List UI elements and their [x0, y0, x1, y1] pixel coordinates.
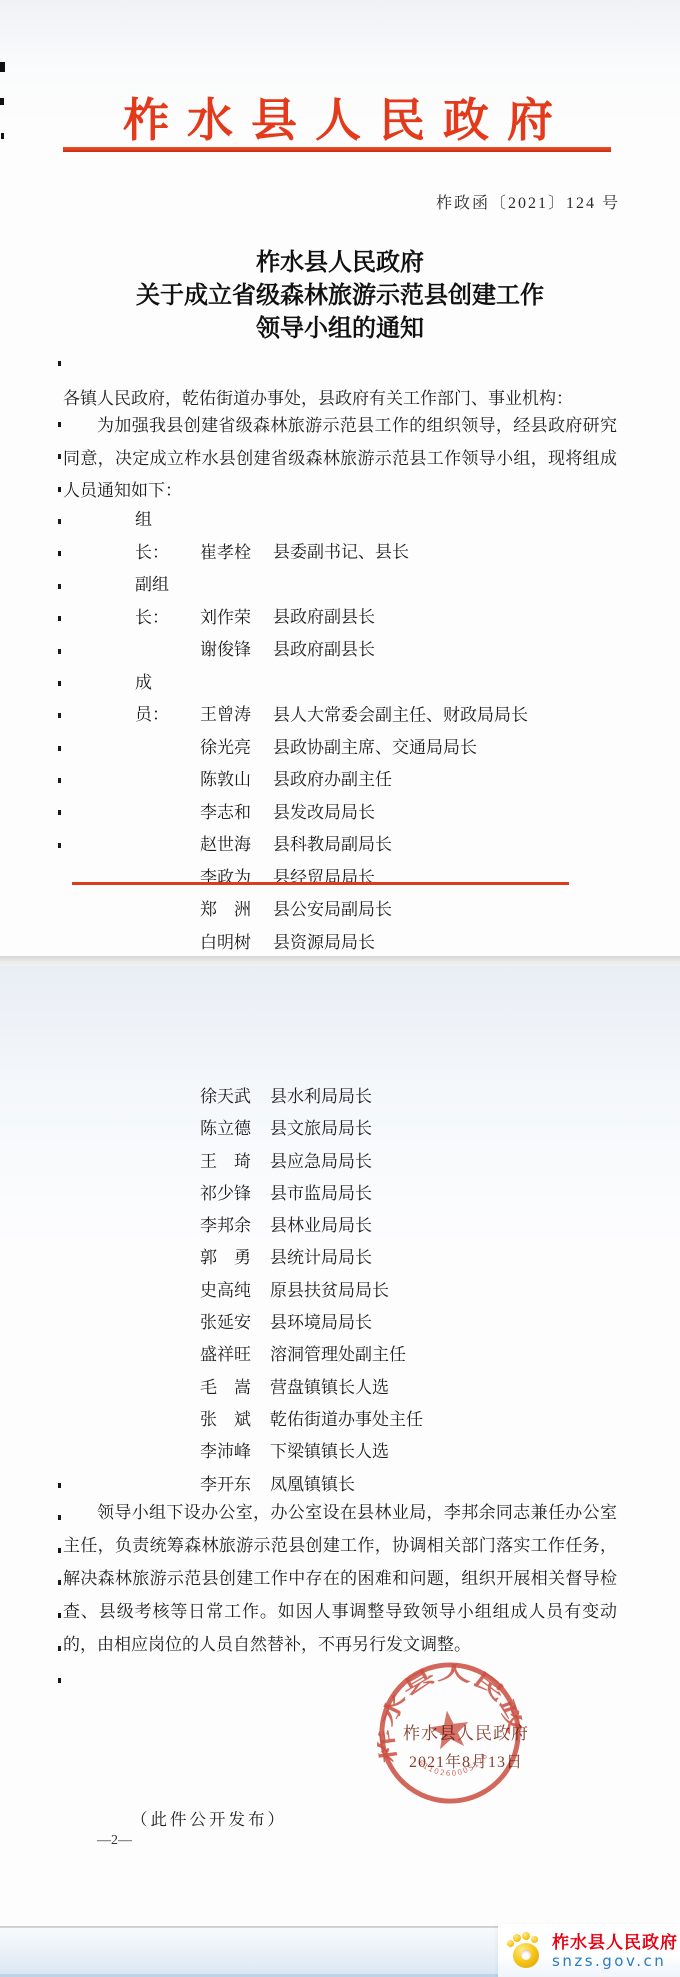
member-name: 盛祥旺 [200, 1339, 270, 1371]
member-name: 李邦余 [200, 1210, 270, 1242]
table-row: 徐天武县水利局局长 [200, 1081, 423, 1113]
table-row: 李志和县发改局局长 [135, 797, 528, 830]
member-name: 毛 嵩 [200, 1372, 270, 1404]
member-name: 王曾涛 [200, 699, 273, 732]
letterhead-red-rule [63, 147, 611, 152]
page-divider [0, 956, 680, 966]
member-name: 白明树 [200, 927, 273, 960]
member-position: 县政府办副主任 [273, 770, 392, 789]
table-row: 郭 勇县统计局局长 [200, 1242, 423, 1274]
member-name: 徐天武 [200, 1081, 270, 1113]
table-row: 副组长：刘作荣县政府副县长 [135, 569, 528, 634]
office-setup-paragraph: 领导小组下设办公室，办公室设在县林业局，李邦余同志兼任办公室主任，负责统筹森林旅… [63, 1496, 617, 1661]
table-row: 李邦余县林业局局长 [200, 1210, 423, 1242]
member-name: 陈敦山 [200, 764, 273, 797]
roster-label: 成 员： [135, 667, 200, 732]
member-name: 郑 洲 [200, 894, 273, 927]
site-logo-link[interactable]: 柞水县人民政府 snzs.gov.cn [498, 1924, 680, 1977]
document-title: 柞水县人民政府 关于成立省级森林旅游示范县创建工作 领导小组的通知 [40, 247, 640, 346]
member-position: 下梁镇镇长人选 [270, 1442, 389, 1461]
intro-paragraph: 为加强我县创建省级森林旅游示范县工作的组织领导，经县政府研究同意，决定成立柞水县… [63, 410, 617, 508]
member-name: 赵世海 [200, 829, 273, 862]
member-name: 郭 勇 [200, 1242, 270, 1274]
table-row: 白明树县资源局局长 [135, 927, 528, 960]
member-name: 祁少锋 [200, 1178, 270, 1210]
member-position: 县文旅局局长 [270, 1119, 372, 1138]
table-row: 毛 嵩营盘镇镇长人选 [200, 1372, 423, 1404]
member-position: 凤凰镇镇长 [270, 1475, 355, 1494]
site-url: snzs.gov.cn [552, 1953, 678, 1970]
document-title-line-1: 柞水县人民政府 [40, 247, 640, 280]
svg-text:6110260005126: 6110260005126 [416, 1749, 493, 1783]
member-name: 陈立德 [200, 1113, 270, 1145]
scanned-document-view: 柞水县人民政府 柞政函〔2021〕124 号 柞水县人民政府 关于成立省级森林旅… [0, 0, 680, 1977]
member-position: 县政府副县长 [273, 640, 375, 659]
member-name: 史高纯 [200, 1275, 270, 1307]
seal-star-icon [427, 1708, 471, 1751]
member-name: 张延安 [200, 1307, 270, 1339]
member-position: 溶洞管理处副主任 [270, 1345, 406, 1364]
member-name: 崔孝栓 [200, 537, 273, 570]
page-number: —2— [97, 1833, 132, 1849]
site-footer-bar: 柞水县人民政府 snzs.gov.cn [0, 1927, 680, 1977]
seal-ring-text: 柞水县人民政府 [366, 1649, 529, 1766]
site-name: 柞水县人民政府 [552, 1933, 678, 1953]
member-position: 县水利局局长 [270, 1087, 372, 1106]
member-position: 县人大常委会副主任、财政局局长 [273, 705, 528, 724]
table-row: 王 琦县应急局局长 [200, 1146, 423, 1178]
scan-artifact [58, 361, 61, 366]
document-number: 柞政函〔2021〕124 号 [0, 190, 620, 213]
table-row: 陈敦山县政府办副主任 [135, 764, 528, 797]
member-position: 原县扶贫局局长 [270, 1281, 389, 1300]
official-seal: 柞水县人民政府 6110260005126 [366, 1649, 533, 1816]
member-name: 王 琦 [200, 1146, 270, 1178]
table-row: 赵世海县科教局副局长 [135, 829, 528, 862]
table-row: 张延安县环境局局长 [200, 1307, 423, 1339]
member-name: 李志和 [200, 797, 273, 830]
table-row: 史高纯原县扶贫局局长 [200, 1275, 423, 1307]
member-position: 县资源局局长 [273, 933, 375, 952]
table-row: 祁少锋县市监局局长 [200, 1178, 423, 1210]
salutation-line: 各镇人民政府，乾佑街道办事处，县政府有关工作部门、事业机构： [63, 384, 623, 409]
table-row: 李政为县经贸局局长 [135, 862, 528, 895]
member-position: 营盘镇镇长人选 [270, 1378, 389, 1397]
scan-artifact [0, 62, 5, 72]
paw-icon [504, 1931, 546, 1971]
member-name: 李政为 [200, 862, 273, 895]
member-position: 县林业局局长 [270, 1216, 372, 1235]
member-name: 徐光亮 [200, 732, 273, 765]
table-row: 谢俊锋县政府副县长 [135, 634, 528, 667]
scan-artifact [0, 98, 4, 105]
leading-group-roster-page1: 组 长：崔孝栓县委副书记、县长 副组长：刘作荣县政府副县长 谢俊锋县政府副县长 … [135, 504, 528, 959]
table-row: 陈立德县文旅局局长 [200, 1113, 423, 1145]
site-logo-text: 柞水县人民政府 snzs.gov.cn [552, 1933, 678, 1970]
leading-group-roster-page2: 徐天武县水利局局长 陈立德县文旅局局长 王 琦县应急局局长 祁少锋县市监局局长 … [200, 1081, 423, 1501]
member-position: 县应急局局长 [270, 1152, 372, 1171]
seal-serial-number: 6110260005126 [416, 1749, 493, 1783]
table-row: 郑 洲县公安局副局长 [135, 894, 528, 927]
table-row: 组 长：崔孝栓县委副书记、县长 [135, 504, 528, 569]
letterhead-agency-name: 柞水县人民政府 [0, 84, 680, 150]
member-name: 李沛峰 [200, 1436, 270, 1468]
member-position: 县政协副主席、交通局局长 [273, 738, 477, 757]
table-row: 成 员：王曾涛县人大常委会副主任、财政局局长 [135, 667, 528, 732]
document-page-1: 柞水县人民政府 柞政函〔2021〕124 号 柞水县人民政府 关于成立省级森林旅… [0, 0, 680, 956]
public-release-note: （此件公开发布） [131, 1806, 287, 1830]
member-position: 县环境局局长 [270, 1313, 372, 1332]
scan-artifact [1, 133, 4, 139]
table-row: 张 斌乾佑街道办事处主任 [200, 1404, 423, 1436]
document-title-line-2: 关于成立省级森林旅游示范县创建工作 [40, 280, 640, 313]
member-position: 县统计局局长 [270, 1248, 372, 1267]
member-position: 县科教局副局长 [273, 835, 392, 854]
member-position: 乾佑街道办事处主任 [270, 1410, 423, 1429]
roster-label: 组 长： [135, 504, 200, 569]
roster-label: 副组长： [135, 569, 200, 634]
member-name: 刘作荣 [200, 602, 273, 635]
member-position: 县市监局局长 [270, 1184, 372, 1203]
member-name: 张 斌 [200, 1404, 270, 1436]
member-position: 县政府副县长 [273, 608, 375, 627]
table-row: 徐光亮县政协副主席、交通局局长 [135, 732, 528, 765]
page1-bottom-red-rule [72, 882, 569, 885]
member-name: 谢俊锋 [200, 634, 273, 667]
member-position: 县发改局局长 [273, 803, 375, 822]
table-row: 盛祥旺溶洞管理处副主任 [200, 1339, 423, 1371]
document-title-line-3: 领导小组的通知 [40, 313, 640, 346]
table-row: 李沛峰下梁镇镇长人选 [200, 1436, 423, 1468]
member-position: 县公安局副局长 [273, 900, 392, 919]
svg-text:柞水县人民政府: 柞水县人民政府 [366, 1649, 529, 1766]
member-position: 县委副书记、县长 [273, 543, 409, 562]
